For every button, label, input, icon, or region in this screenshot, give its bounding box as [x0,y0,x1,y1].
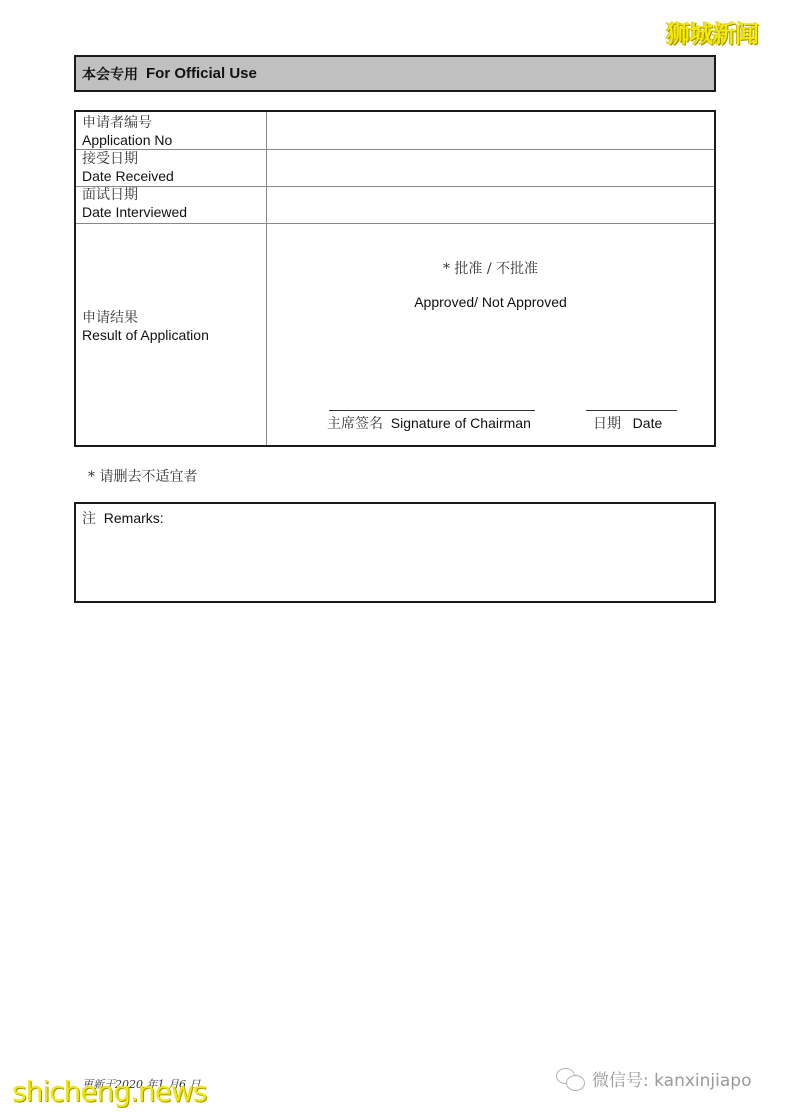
label-zh: 面试日期 [82,187,187,204]
date-line[interactable] [586,410,677,411]
signature-line[interactable] [329,410,535,411]
date-received-field[interactable] [267,149,714,186]
row-date-interviewed: 面试日期 Date Interviewed [76,186,714,224]
row-application-no: 申请者编号 Application No [76,112,714,150]
wechat-id: 微信号: kanxinjiapo [592,1066,751,1091]
result-label: 申请结果 Result of Application [82,310,209,344]
wechat-watermark: 微信号: kanxinjiapo [556,1066,751,1091]
label-en: Result of Application [82,327,209,344]
remarks-box[interactable]: 注 Remarks: [74,502,716,603]
date-label: 日期 Date [593,413,662,433]
application-no-field[interactable] [267,112,714,149]
label-en: Date Interviewed [82,204,187,221]
date-interviewed-field[interactable] [267,186,714,223]
row-date-received: 接受日期 Date Received [76,149,714,187]
signature-label: 主席签名 Signature of Chairman [327,413,531,433]
header-title-en: For Official Use [146,65,257,82]
result-cell: * 批准 / 不批准 Approved/ Not Approved 主席签名 S… [267,224,714,445]
header-title-zh: 本会专用 [82,64,138,84]
remarks-label-en: Remarks: [104,510,164,526]
official-use-table: 申请者编号 Application No 接受日期 Date Received … [74,110,716,447]
watermark-top: 狮城新闻 [666,14,758,49]
watermark-bottom: shicheng.news [12,1075,206,1108]
label-zh: 申请结果 [82,310,209,327]
label-en: Application No [82,132,172,149]
official-use-header: 本会专用 For Official Use [74,55,716,92]
label-en: Date Received [82,168,174,185]
wechat-icon [556,1068,586,1090]
delete-inapplicable-note: * 请删去不适宜者 [88,466,197,486]
remarks-label-zh: 注 [82,511,96,527]
approval-options-zh[interactable]: * 批准 / 不批准 [267,258,714,278]
label-zh: 接受日期 [82,151,174,168]
label-zh: 申请者编号 [82,115,172,132]
approval-options-en[interactable]: Approved/ Not Approved [267,294,714,310]
